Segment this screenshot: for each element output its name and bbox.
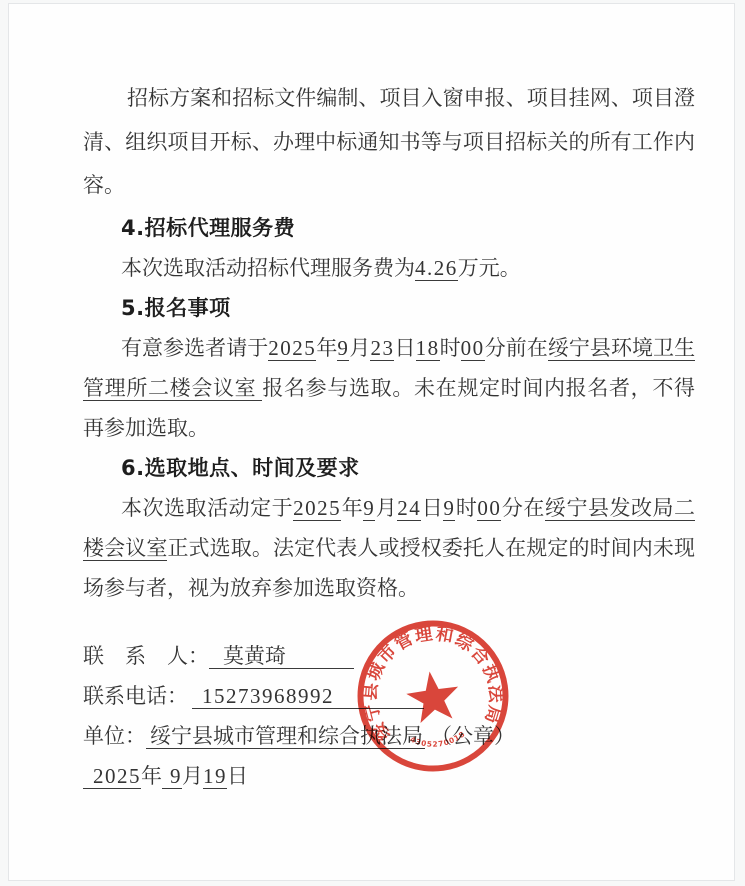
contact-phone-label: 联系电话： [83, 684, 188, 708]
s6-minute: 00 [477, 496, 501, 521]
unit-name: 绥宁县城市管理和综合执法局 [146, 724, 425, 749]
section-4-body: 本次选取活动招标代理服务费为4.26万元。 [83, 248, 695, 288]
date-year: 2025 [83, 764, 141, 789]
unit-label: 单位： [83, 724, 146, 748]
date-month: 9 [162, 764, 182, 789]
s5-year-unit: 年 [316, 336, 337, 360]
date-year-unit: 年 [141, 764, 162, 788]
s6-minute-unit: 分在 [501, 496, 545, 520]
section-5-body: 有意参选者请于2025年9月23日18时00分前在绥宁县环境卫生管理所二楼会议室… [83, 328, 695, 448]
unit-row: 单位：绥宁县城市管理和综合执法局（公章） [83, 716, 695, 756]
contact-phone-number: 15273968992 [192, 684, 424, 709]
contact-person-row: 联 系 人：莫黄琦 [83, 636, 695, 676]
s6-day: 24 [397, 496, 421, 521]
date-row: 2025年9月19日 [83, 756, 695, 796]
contact-person-label: 联 系 人： [83, 644, 209, 668]
s5-month-unit: 月 [349, 336, 370, 360]
s6-month-unit: 月 [375, 496, 397, 520]
s5-day-unit: 日 [394, 336, 415, 360]
fee-value: 4.26 [415, 256, 458, 281]
contact-phone-row: 联系电话：15273968992 [83, 676, 695, 716]
document-content: 招标方案和招标文件编制、项目入窗申报、项目挂网、项目澄清、组织项目开标、办理中标… [83, 77, 695, 796]
fee-text-before: 本次选取活动招标代理服务费为 [121, 256, 415, 280]
unit-seal-note: （公章） [431, 724, 515, 748]
s5-hour-unit: 时 [440, 336, 461, 360]
contact-person-name: 莫黄琦 [209, 644, 354, 669]
section-4-heading: 4.招标代理服务费 [83, 208, 695, 248]
s5-month: 9 [337, 336, 349, 361]
s5-minute: 00 [461, 336, 485, 361]
s6-month: 9 [363, 496, 375, 521]
fee-text-after: 万元。 [458, 256, 521, 280]
section-6-heading: 6.选取地点、时间及要求 [83, 448, 695, 488]
date-month-unit: 月 [182, 764, 203, 788]
s5-day: 23 [370, 336, 394, 361]
intro-text: 招标方案和招标文件编制、项目入窗申报、项目挂网、项目澄清、组织项目开标、办理中标… [83, 86, 695, 197]
s6-year: 2025 [293, 496, 341, 521]
section-6-body: 本次选取活动定于2025年9月24日9时00分在绥宁县发改局二楼会议室正式选取。… [83, 488, 695, 608]
date-day: 19 [203, 764, 227, 789]
s6-year-unit: 年 [341, 496, 363, 520]
date-day-unit: 日 [227, 764, 248, 788]
document-page: 招标方案和招标文件编制、项目入窗申报、项目挂网、项目澄清、组织项目开标、办理中标… [8, 3, 735, 881]
s6-hour: 9 [443, 496, 455, 521]
s6-seg2: 正式选取。法定代表人或授权委托人在规定的时间内未现场参与者，视为放弃参加选取资格… [83, 536, 695, 600]
s6-day-unit: 日 [421, 496, 443, 520]
section-5-heading: 5.报名事项 [83, 288, 695, 328]
s5-hour: 18 [416, 336, 440, 361]
s6-hour-unit: 时 [455, 496, 477, 520]
s5-minute-unit: 分前在 [485, 336, 548, 360]
s5-seg1: 有意参选者请于 [121, 336, 268, 360]
intro-paragraph: 招标方案和招标文件编制、项目入窗申报、项目挂网、项目澄清、组织项目开标、办理中标… [83, 77, 695, 208]
s6-seg1: 本次选取活动定于 [121, 496, 293, 520]
s5-year: 2025 [268, 336, 316, 361]
contact-block: 联 系 人：莫黄琦 联系电话：15273968992 单位：绥宁县城市管理和综合… [83, 636, 695, 796]
